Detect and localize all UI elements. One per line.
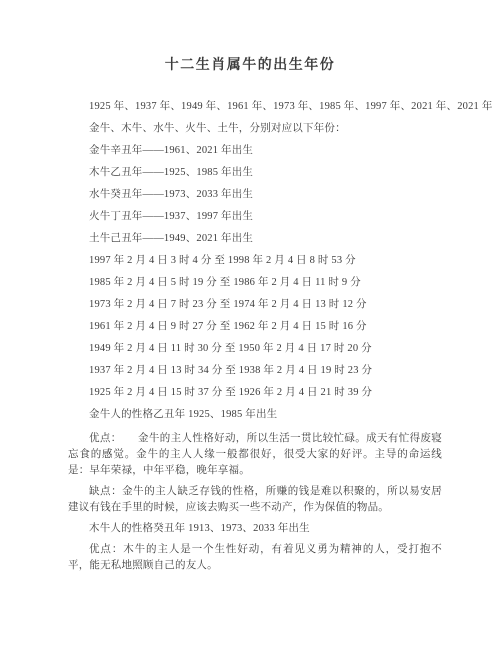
personality-paragraphs: 优点： 金牛的主人性格好动，所以生活一贯比较忙碌。成天有忙得废寝忘食的感觉。金牛… <box>68 431 442 574</box>
text-line: 1985 年 2 月 4 日 5 时 19 分 至 1986 年 2 月 4 日… <box>68 272 442 294</box>
text-line: 1925 年 2 月 4 日 15 时 37 分 至 1926 年 2 月 4 … <box>68 382 442 404</box>
paragraph: 缺点：金牛的主人缺乏存钱的性格，所赚的钱是难以积聚的，所以易安居建议有钱在手里的… <box>68 484 442 516</box>
document-content: 1925 年、1937 年、1949 年、1961 年、1973 年、1985 … <box>0 96 500 574</box>
birth-year-lines: 1925 年、1937 年、1949 年、1961 年、1973 年、1985 … <box>68 96 442 426</box>
text-line: 1961 年 2 月 4 日 9 时 27 分 至 1962 年 2 月 4 日… <box>68 316 442 338</box>
text-line: 火牛丁丑年——1937、1997 年出生 <box>68 206 442 228</box>
text-line: 金牛、木牛、水牛、火牛、土牛，分别对应以下年份： <box>68 118 442 140</box>
text-line: 1937 年 2 月 4 日 13 时 34 分 至 1938 年 2 月 4 … <box>68 360 442 382</box>
text-line: 1925 年、1937 年、1949 年、1961 年、1973 年、1985 … <box>68 96 442 118</box>
page-title: 十二生肖属牛的出生年份 <box>0 56 500 76</box>
text-line: 金牛人的性格乙丑年 1925、1985 年出生 <box>68 404 442 426</box>
paragraph: 木牛人的性格癸丑年 1913、1973、2033 年出生 <box>68 521 442 537</box>
text-line: 1949 年 2 月 4 日 11 时 30 分 至 1950 年 2 月 4 … <box>68 338 442 360</box>
paragraph: 优点：木牛的主人是一个生性好动，有着见义勇为精神的人，受打抱不平，能无私地照顾自… <box>68 542 442 574</box>
text-line: 金牛辛丑年——1961、2021 年出生 <box>68 140 442 162</box>
document-page: 十二生肖属牛的出生年份 1925 年、1937 年、1949 年、1961 年、… <box>0 0 500 647</box>
text-line: 土牛己丑年——1949、2021 年出生 <box>68 228 442 250</box>
text-line: 1973 年 2 月 4 日 7 时 23 分 至 1974 年 2 月 4 日… <box>68 294 442 316</box>
paragraph: 优点： 金牛的主人性格好动，所以生活一贯比较忙碌。成天有忙得废寝忘食的感觉。金牛… <box>68 431 442 479</box>
text-line: 水牛癸丑年——1973、2033 年出生 <box>68 184 442 206</box>
text-line: 1997 年 2 月 4 日 3 时 4 分 至 1998 年 2 月 4 日 … <box>68 250 442 272</box>
text-line: 木牛乙丑年——1925、1985 年出生 <box>68 162 442 184</box>
